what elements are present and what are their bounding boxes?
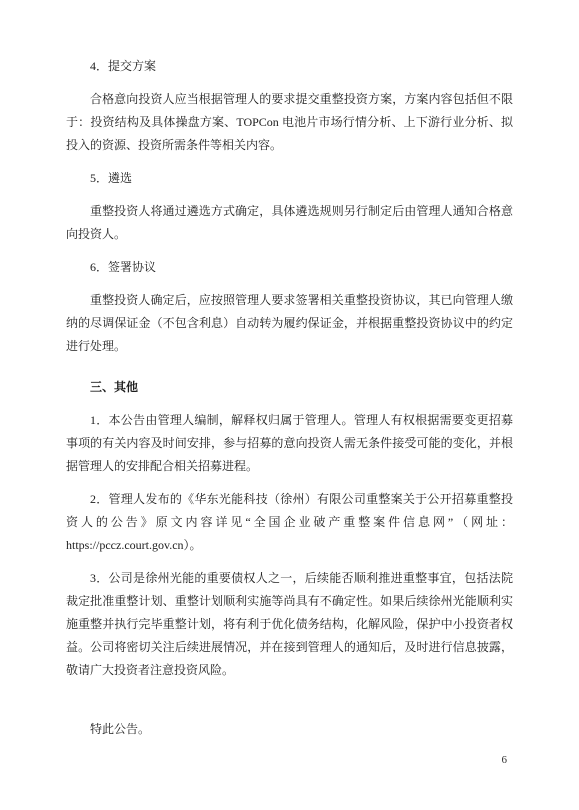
section-heading-other: 三、其他 [66,376,513,399]
list-item-6-sign-agreement: 6．签署协议 [66,256,513,279]
list-item-4-submit-plan: 4．提交方案 [66,55,513,78]
document-page: 4．提交方案 合格意向投资人应当根据管理人的要求提交重整投资方案，方案内容包括但… [0,0,579,810]
list-item-5-selection: 5．遴选 [66,167,513,190]
paragraph-sign-agreement: 重整投资人确定后，应按照管理人要求签署相关重整投资协议，其已向管理人缴纳的尽调保… [66,289,513,358]
paragraph-other-2: 2．管理人发布的《华东光能科技（徐州）有限公司重整案关于公开招募重整投资人的公告… [66,488,513,557]
paragraph-other-1: 1．本公告由管理人编制，解释权归属于管理人。管理人有权根据需要变更招募事项的有关… [66,409,513,478]
paragraph-other-3: 3．公司是徐州光能的重要债权人之一，后续能否顺利推进重整事宜，包括法院裁定批准重… [66,567,513,682]
closing-line: 特此公告。 [66,718,513,741]
paragraph-selection: 重整投资人将通过遴选方式确定，具体遴选规则另行制定后由管理人通知合格意向投资人。 [66,200,513,246]
document-body: 4．提交方案 合格意向投资人应当根据管理人的要求提交重整投资方案，方案内容包括但… [66,55,513,741]
paragraph-submit-plan: 合格意向投资人应当根据管理人的要求提交重整投资方案，方案内容包括但不限于：投资结… [66,88,513,157]
page-number: 6 [502,753,508,767]
